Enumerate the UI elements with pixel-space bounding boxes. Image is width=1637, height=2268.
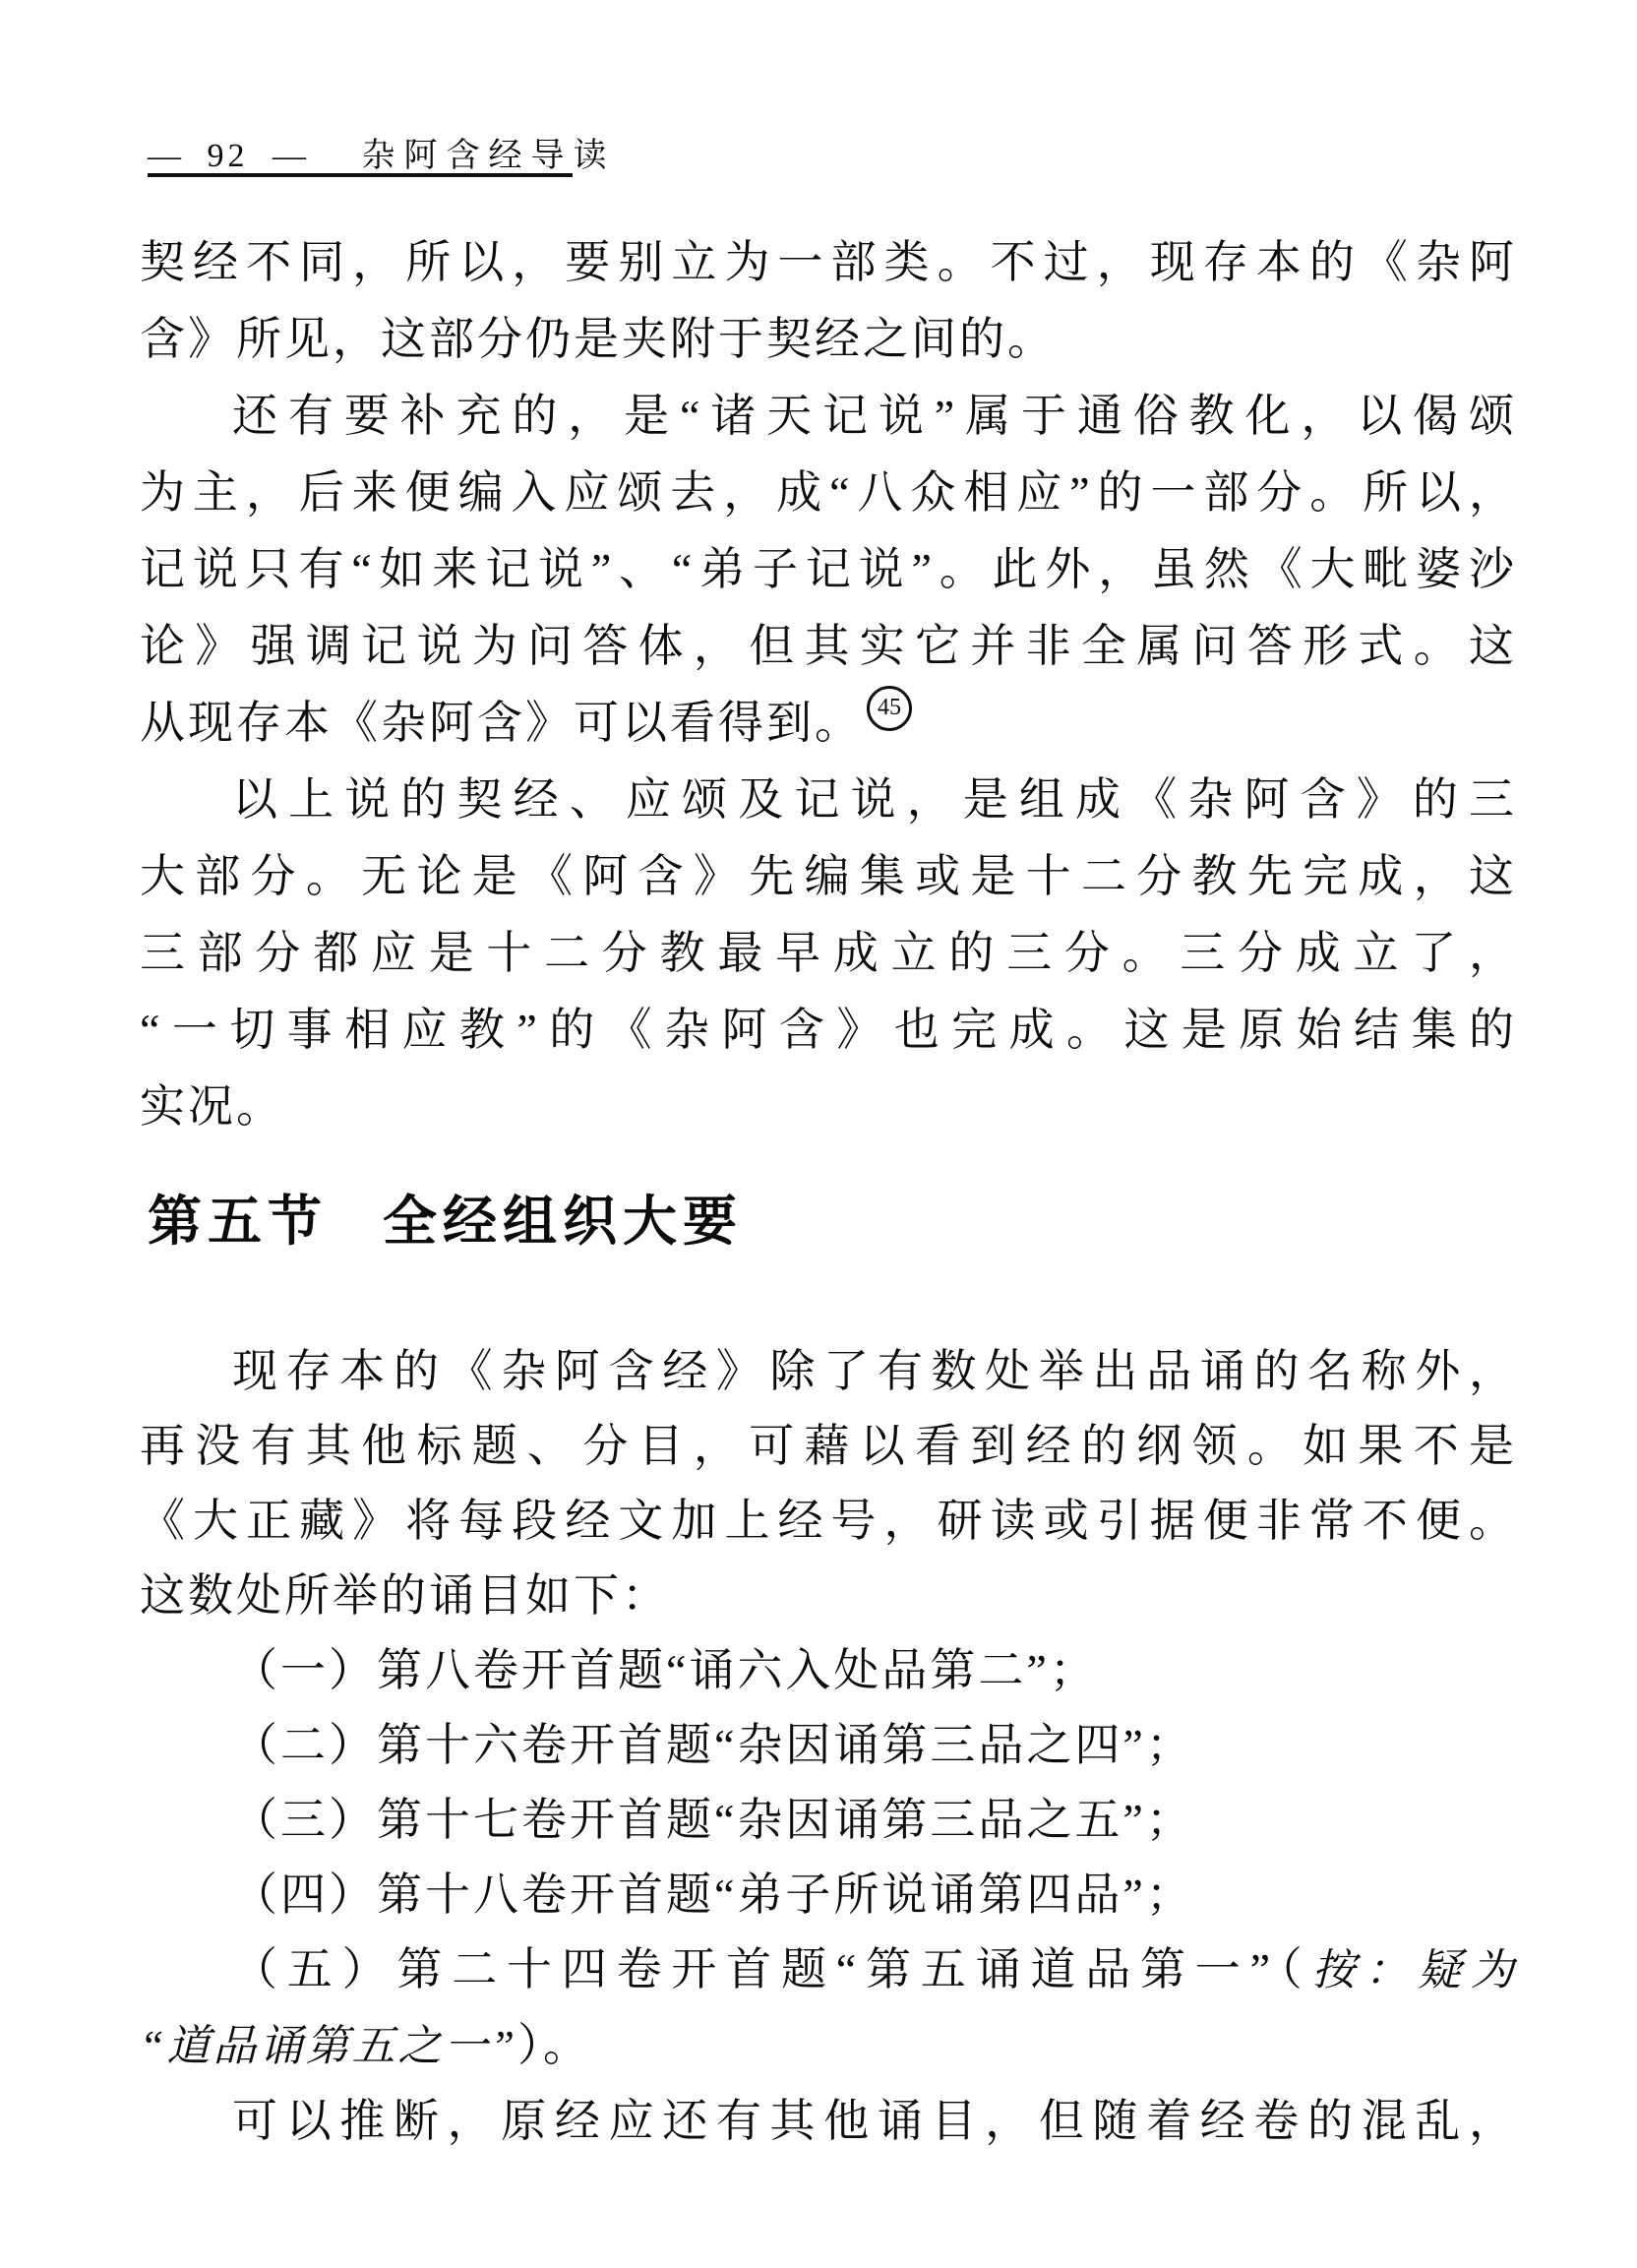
text-line: 三部分都应是十二分教最早成立的三分。三分成立了， [140,915,1517,992]
list-item: （三）第十七卷开首题“杂因诵第三品之五”； [140,1783,1517,1858]
text-line: “一切事相应教”的《杂阿含》也完成。这是原始结集的 [140,992,1517,1069]
text-line: 从现存本《杂阿含》可以看得到。45 [140,685,1517,762]
text-line: 大部分。无论是《阿含》先编集或是十二分教先完成，这 [140,838,1517,915]
list-item: （四）第十八卷开首题“弟子所说诵第四品”； [140,1858,1517,1932]
text-line: 记说只有“如来记说”、“弟子记说”。此外，虽然《大毗婆沙 [140,531,1517,608]
text-line: 这数处所举的诵目如下： [140,1559,1517,1633]
text-line: 《大正藏》将每段经文加上经号，研读或引据便非常不便。 [140,1484,1517,1559]
section-title: 全经组织大要 [383,1191,743,1252]
text-line: 以上说的契经、应颂及记说，是组成《杂阿含》的三 [140,762,1517,838]
list-item: （一）第八卷开首题“诵六入处品第二”； [140,1633,1517,1708]
book-page: — 92 — 杂阿含经导读 契经不同，所以，要别立为一部类。不过，现存本的《杂阿… [0,0,1637,2268]
header-dash-left: — [148,138,183,175]
text-segment: ）。 [517,2020,591,2070]
header-dash-right: — [273,138,308,175]
text-segment: （五）第二十四卷开首题“第五诵道品第一”（ [232,1944,1312,1994]
page-number: 92 [208,138,249,175]
list-item: （二）第十六卷开首题“杂因诵第三品之四”； [140,1708,1517,1783]
text-line: 为主，后来便编入应颂去，成“八众相应”的一部分。所以， [140,455,1517,531]
body-block-upper: 契经不同，所以，要别立为一部类。不过，现存本的《杂阿 含》所见，这部分仍是夹附于… [140,224,1517,1145]
section-label: 第五节 [148,1191,328,1252]
annotation-text: “道品诵第五之一” [140,2022,517,2070]
body-block-lower: 现存本的《杂阿含经》除了有数处举出品诵的名称外， 再没有其他标题、分目，可藉以看… [140,1334,1517,2159]
header-rule [148,173,573,177]
text-line: 再没有其他标题、分目，可藉以看到经的纲领。如果不是 [140,1409,1517,1484]
text-line: 含》所见，这部分仍是夹附于契经之间的。 [140,301,1517,378]
book-title: 杂阿含经导读 [362,128,616,176]
list-item-continuation: “道品诵第五之一”）。 [140,2008,1517,2084]
text-line: 可以推断，原经应还有其他诵目，但随着经卷的混乱， [140,2084,1517,2159]
text-line: 论》强调记说为问答体，但其实它并非全属问答形式。这 [140,608,1517,685]
running-head: — 92 — 杂阿含经导读 [148,128,616,176]
footnote-ref-45: 45 [867,686,912,731]
section-heading: 第五节全经组织大要 [148,1189,743,1254]
text-line: 现存本的《杂阿含经》除了有数处举出品诵的名称外， [140,1334,1517,1409]
footnote-number: 45 [878,695,901,720]
text-line: 还有要补充的，是“诸天记说”属于通俗教化，以偈颂 [140,378,1517,455]
text-line: 契经不同，所以，要别立为一部类。不过，现存本的《杂阿 [140,224,1517,301]
annotation-text: 按：疑为 [1312,1946,1517,1994]
text-line: 实况。 [140,1069,1517,1145]
text-segment: 从现存本《杂阿含》可以看得到。 [140,698,863,748]
list-item: （五）第二十四卷开首题“第五诵道品第一”（按：疑为 [140,1932,1517,2008]
